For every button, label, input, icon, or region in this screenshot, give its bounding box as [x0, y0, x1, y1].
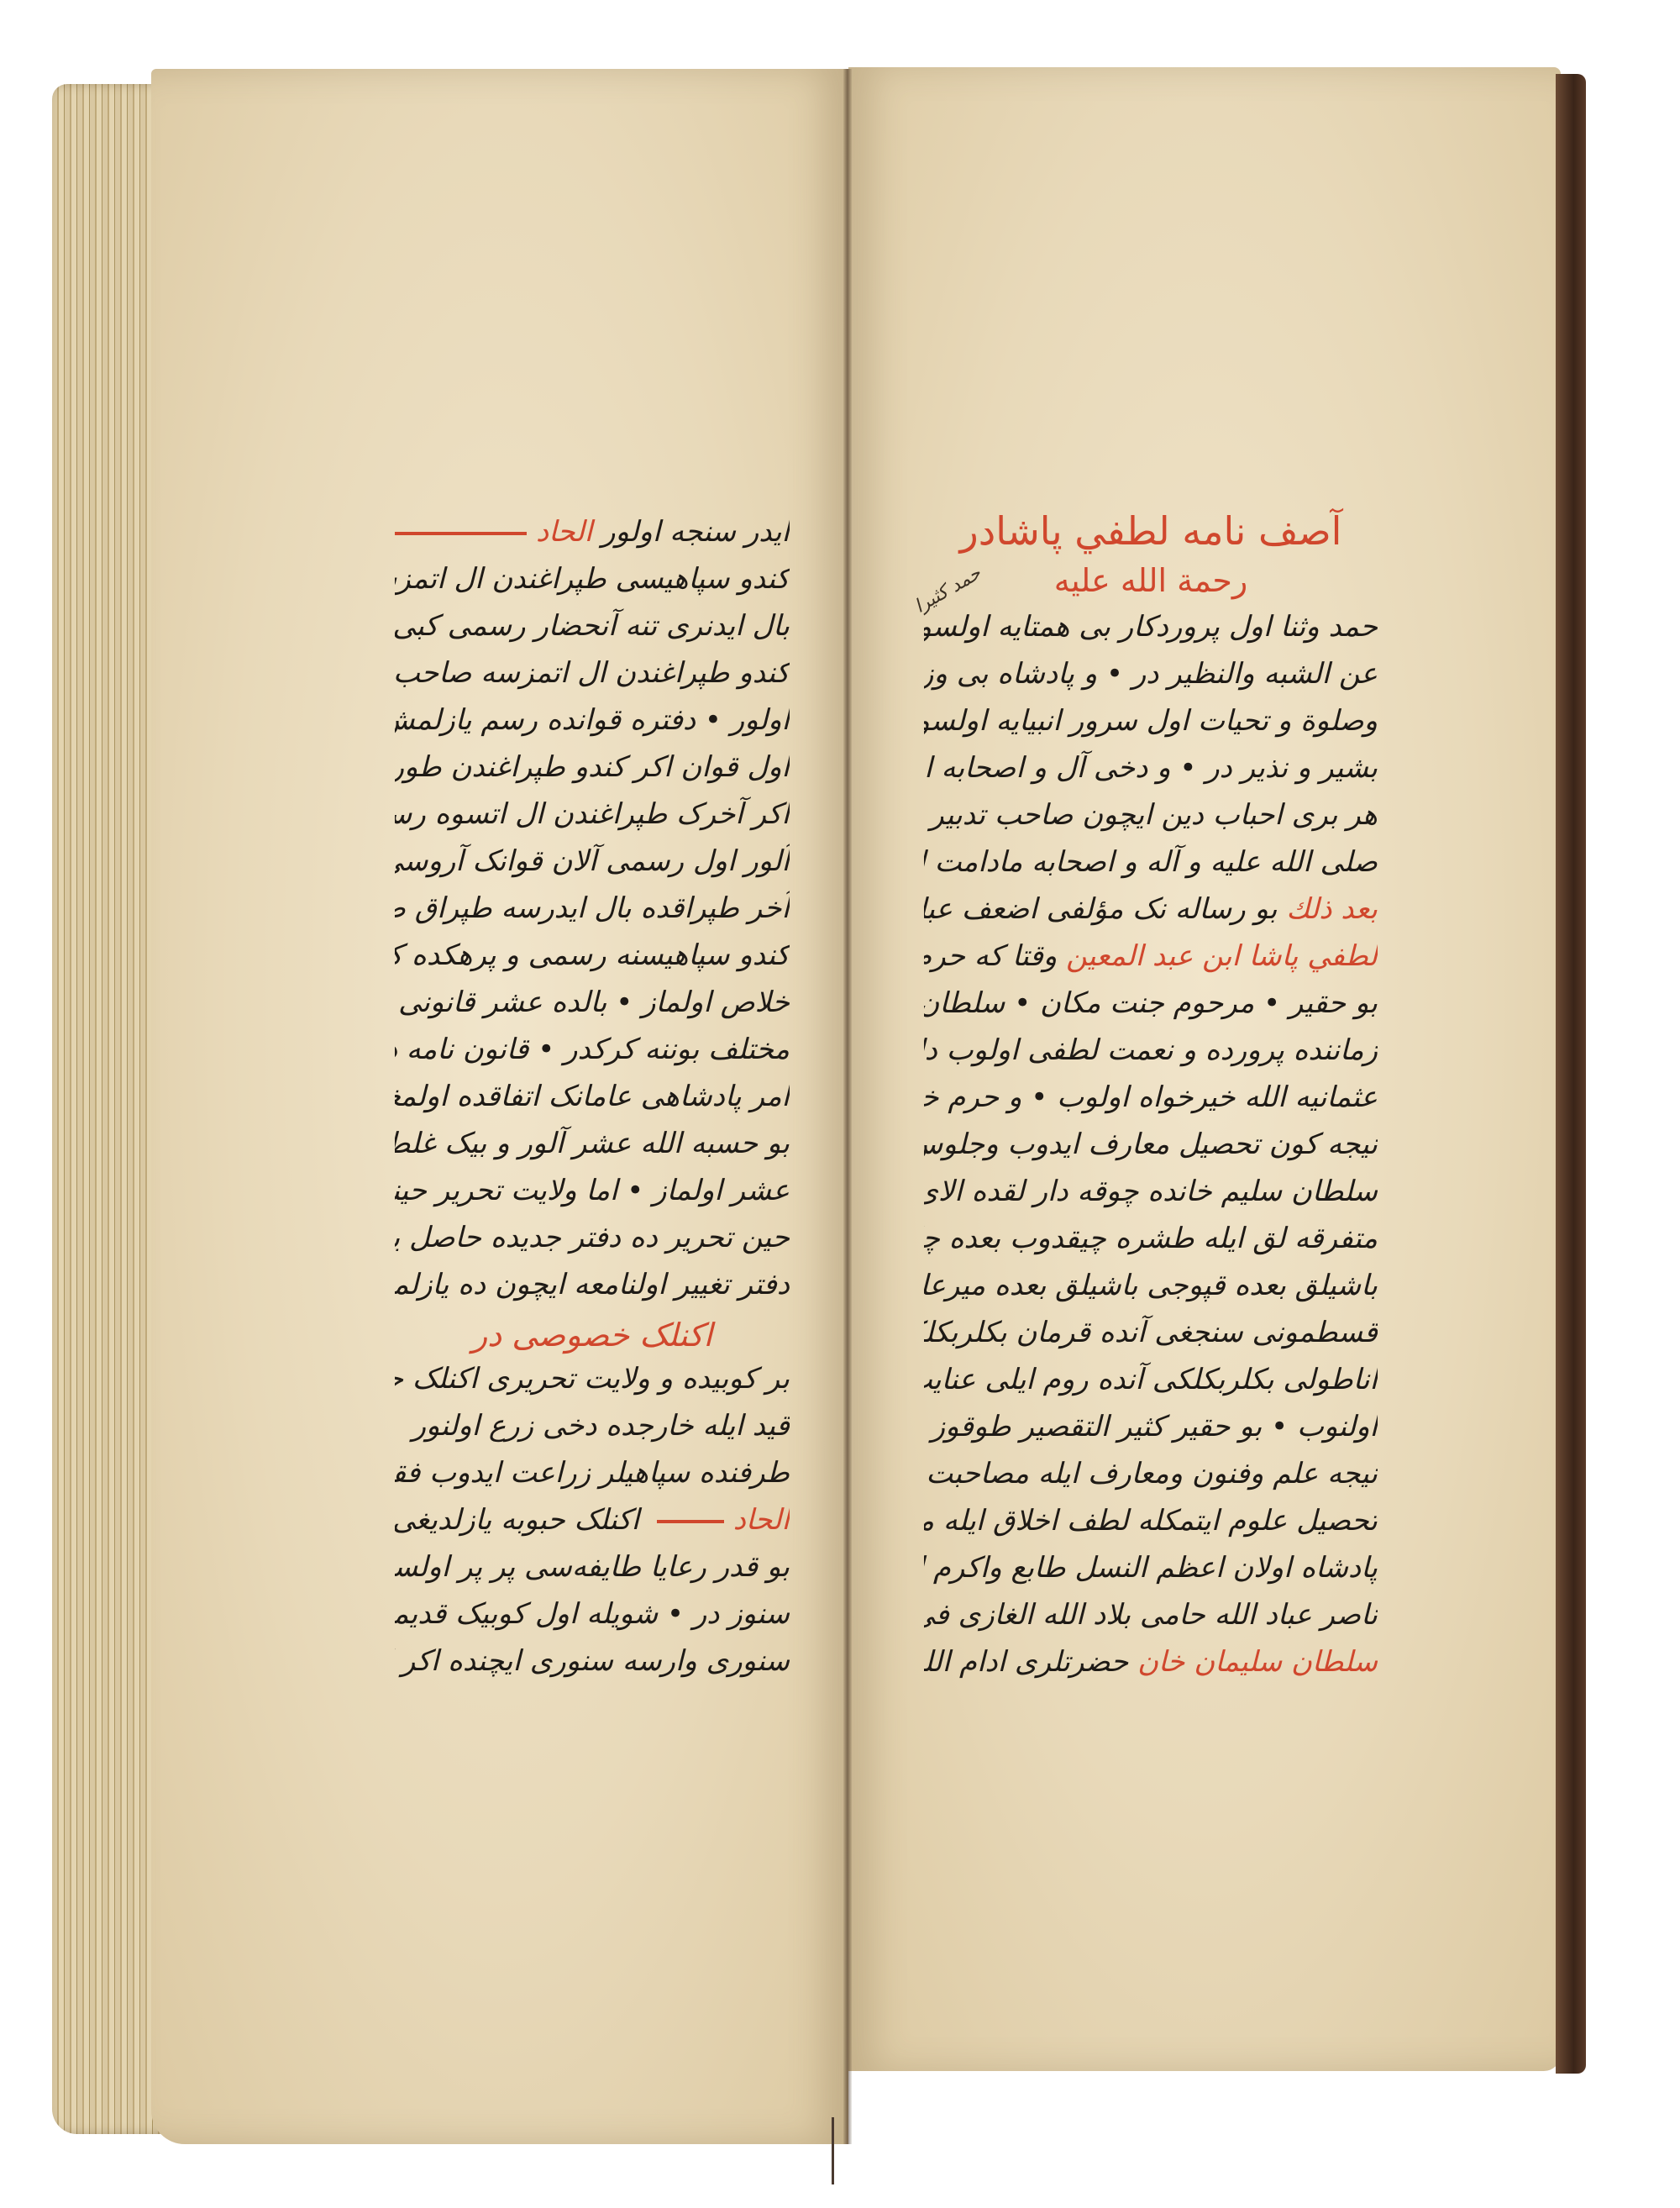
text-line: طرفنده سپاهیلر زراعت ایدوب فقیه کچ اولاز: [395, 1449, 790, 1496]
text-line: زماننده پرورده و نعمت لطفی اولوب دائما: [924, 1027, 1378, 1074]
text-line: بو رساله نک مؤلفی اضعف عباد الله: [924, 892, 1278, 926]
text-line: وصلوة و تحیات اول سرور انبیایه اولسون که: [924, 697, 1378, 744]
rubric-rule: [657, 1520, 724, 1523]
leather-cover-edge: [1556, 74, 1586, 2074]
text-line: مختلف بوننه کرکدر • قانون نامه ده یازلمش…: [395, 1026, 790, 1073]
title-asafname: آصف نامه لطفي پاشادر: [924, 504, 1378, 558]
text-line: بو حقیر • مرحوم جنت مکان • سلطان بایزید …: [924, 980, 1378, 1027]
text-line: آخر طپراقده بال ایدرسه طپراق صاحبی عشر آ…: [395, 885, 790, 932]
text-line: ناصر عباد الله حامی بلاد الله الغازی فی …: [924, 1591, 1378, 1638]
text-line: اکر آخرک طپراغندن ال اتسوه رسمی رعیت صاح…: [395, 791, 790, 838]
text-line: بر کوبیده و ولایت تحریری اکنلک حبوبه ایک…: [395, 1355, 790, 1402]
left-first-line-text: ایدر سنجه اولور: [601, 515, 790, 549]
rubric-lutfi-pasha: لطفي پاشا ابن عبد المعين: [1066, 939, 1378, 973]
text-line: نیجه کون تحصیل معارف ایدوب وجلوس حضرت: [924, 1121, 1378, 1168]
text-line: اکنلک حبوبه یازلدیغی اجیله: [395, 1503, 639, 1537]
text-line: تحصیل علوم ایتمکله لطف اخلاق ایله مستمد …: [924, 1497, 1378, 1544]
text-line: اولنوب • بو حقیر کثیر التقصیر طوقوز قدح: [924, 1403, 1378, 1450]
text-line: اول قوان اکر کندو طپراغندن طوروب ال اتسو…: [395, 744, 790, 791]
text-line: نیجه علم وفنون ومعارف ایله مصاحبت ایدوب …: [924, 1450, 1378, 1497]
text-line: اناطولی بکلربکلکی آنده روم ایلی عنایت: [924, 1356, 1378, 1403]
text-line: قسطمونی سنجغی آنده قرمان بکلربکلکی آنده: [924, 1309, 1378, 1356]
left-first-line: ایدر سنجه اولور الحاد: [395, 508, 790, 555]
text-line: عثمانیه الله خیرخواه اولوب • و حرم خاصه …: [924, 1074, 1378, 1121]
text-line: بال ایدنری تنه آنحضار رسمی کبی • و کلدر: [395, 602, 790, 649]
text-line: صلی الله علیه و آله و اصحابه مادامت السم…: [924, 839, 1378, 886]
subheading-eknelik: اکنلک خصوصی در: [395, 1308, 790, 1355]
title-rahmatullah: رحمة الله عليه: [924, 558, 1378, 603]
text-line: کندو طپراغندن ال اتمزسه صاحب ارض محروم: [395, 649, 790, 697]
left-page-text: ایدر سنجه اولور الحاد کندو سپاهیسی طپراغ…: [395, 508, 790, 1685]
text-line: متفرقه لق ایله طشره چیقدوب بعده چاشنکیر: [924, 1215, 1378, 1262]
text-line: پادشاه اولان اعظم النسل طابع واکرم الخوا…: [924, 1544, 1378, 1591]
text-line: وقتا که حرم خاص سلطانیده: [924, 939, 1057, 973]
right-rubric-line-1: بعد ذلك بو رساله نک مؤلفی اضعف عباد الله: [924, 886, 1378, 933]
text-line: بو قدر رعایا طایفه‌سی پر پر اولسه اوده: [395, 1543, 790, 1590]
text-line: باشیلق بعده قپوجی باشیلق بعده میرعلملک ب…: [924, 1262, 1378, 1309]
right-page-text: آصف نامه لطفي پاشادر رحمة الله عليه حمد …: [924, 504, 1378, 1685]
text-line: خلاص اولماز • بالده عشر قانونی مشکل مسئل…: [395, 979, 790, 1026]
left-rubric-line-2: الحاد اکنلک حبوبه یازلدیغی اجیله: [395, 1496, 790, 1543]
text-line: عن الشبه والنظیر در • و پادشاه بی وزیر د…: [924, 650, 1378, 697]
open-manuscript: ایدر سنجه اولور الحاد کندو سپاهیسی طپراغ…: [0, 0, 1680, 2208]
text-line: حین تحریر ده دفتر جدیده حاصل یازلمش انجق: [395, 1214, 790, 1261]
rubric-alhad-2: الحاد: [733, 1503, 790, 1537]
text-line: قید ایله خارجده دخی زرع اولنور: [395, 1402, 790, 1449]
text-line: آلور اول رسمی آلان قوانک آروسی وارقه: [395, 838, 790, 885]
rubric-bad-dhalik: بعد ذلك: [1286, 892, 1378, 926]
text-line: سنوز در • شویله اول کوبیک قدیمی معتبر: [395, 1590, 790, 1638]
text-line: امر پادشاهی عامانک اتفاقده اولمغه یازلمش…: [395, 1073, 790, 1120]
text-line: کندو سپاهیسنه رسمی و پرهکده کچکلکی عشر و…: [395, 932, 790, 979]
text-line: بو حسبه الله عشر آلور و بیک غلطدر • بالد…: [395, 1120, 790, 1167]
text-line: سنوری وارسه سنوری ایچنده اکر اکنلکده: [395, 1638, 790, 1685]
rubric-sultan-suleyman: سلطان سليمان خان: [1137, 1645, 1378, 1679]
book-gutter: [843, 69, 852, 2144]
text-line: بشیر و نذیر در • و دخی آل و اصحابه اولسو…: [924, 744, 1378, 791]
right-rubric-line-2: لطفي پاشا ابن عبد المعين وقتا که حرم خاص…: [924, 933, 1378, 980]
text-line: اولور • دفتره قوانده رسم یازلمش اولنسه: [395, 697, 790, 744]
rubric-rule: [395, 532, 527, 535]
text-line: هر بری احباب دین ایچون صاحب تدبیر در •: [924, 791, 1378, 839]
text-line: دفتر تغییر اولنامعه ایچون ده یازلمشدر: [395, 1261, 790, 1308]
text-line: عشر اولماز • اما ولایت تحریر حینقلنمه ان…: [395, 1167, 790, 1214]
text-line: حضرتلری ادام الله تعالی: [924, 1645, 1128, 1679]
text-line: کندو سپاهیسی طپراغندن ال اتمزسه آخر طپرا…: [395, 555, 790, 602]
text-line: سلطان سلیم خانده چوقه دار لقده الای اقچه: [924, 1168, 1378, 1215]
text-line: حمد وثنا اول پروردکار بی همتایه اولسون ک…: [924, 603, 1378, 650]
bookmark-thread: [832, 2117, 834, 2184]
rubric-alhad-1: الحاد: [536, 515, 592, 549]
right-rubric-line-3: سلطان سليمان خان حضرتلری ادام الله تعالی: [924, 1638, 1378, 1685]
